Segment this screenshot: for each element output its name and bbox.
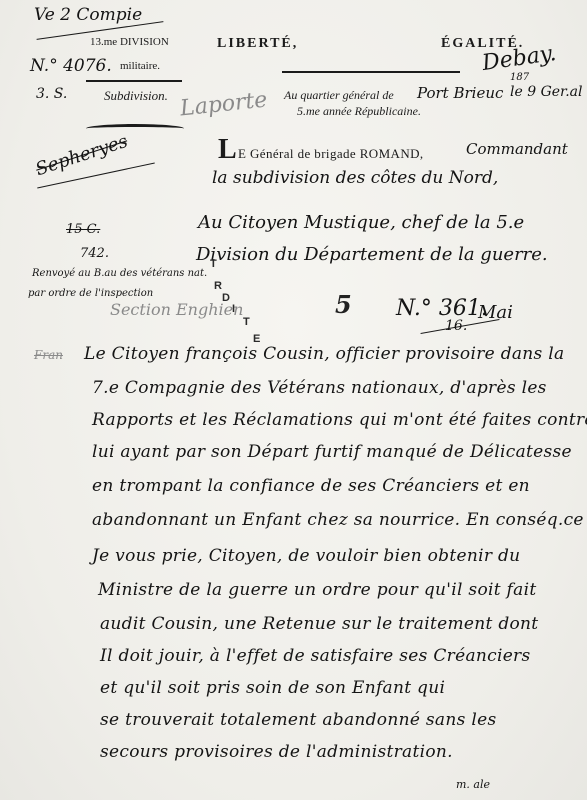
body-line: secours provisoires de l'administration.: [100, 742, 453, 762]
subdivision-label: Subdivision.: [104, 88, 168, 104]
hq-date: le 9 Ger.al: [510, 84, 582, 100]
body-line: en trompant la confiance de ses Créancie…: [92, 476, 530, 496]
body-line: audit Cousin, une Retenue sur le traitem…: [100, 614, 538, 634]
body-line: Le Citoyen françois Cousin, officier pro…: [84, 344, 564, 364]
address-line-1: Au Citoyen Mustique, chef de la 5.e: [198, 212, 524, 233]
hq-place: Port Brieuc: [417, 84, 503, 102]
renvoi-line-1: Renvoyé au B.au des vétérans nat.: [32, 268, 207, 279]
registry-month: Mai: [478, 302, 513, 323]
address-line-2: Division du Département de la guerre.: [196, 244, 548, 265]
author-command: la subdivision des côtes du Nord,: [212, 168, 498, 188]
margin-note-3s: 3. S.: [36, 86, 67, 102]
stamp-letter: T: [243, 316, 250, 328]
body-line: et qu'il soit pris soin de son Enfant qu…: [100, 678, 445, 698]
registry-sub: 16.: [445, 318, 467, 334]
stamp-letter: D: [222, 292, 230, 304]
body-line: se trouverait totalement abandonné sans …: [100, 710, 496, 730]
ornament-divider: [86, 124, 184, 133]
stamp-letter: I: [232, 303, 235, 315]
body-line: Je vous prie, Citoyen, de vouloir bien o…: [92, 546, 520, 566]
division-label: 13.me DIVISION: [90, 36, 169, 48]
motto-liberte: LIBERTÉ,: [217, 36, 298, 52]
body-line: abandonnant un Enfant chez sa nourrice. …: [92, 510, 584, 530]
letter-page: Ve 2 Compie N.° 4076. 3. S. 13.me DIVISI…: [0, 0, 587, 800]
registry-number: N.° 361.: [396, 296, 488, 321]
body-line: Ministre de la guerre un ordre pour qu'i…: [98, 580, 536, 600]
stamp-letter: R: [214, 280, 222, 292]
margin-note-15c: 15 C.: [66, 222, 100, 237]
body-line: Il doit jouir, à l'effet de satisfaire s…: [100, 646, 531, 666]
letterhead-rule-center: [282, 71, 460, 73]
margin-note-compagnie: Ve 2 Compie: [34, 5, 142, 25]
author-line: E Général de brigade ROMAND,: [238, 146, 424, 162]
body-line: 7.e Compagnie des Vétérans nationaux, d'…: [92, 378, 547, 398]
margin-note-742: 742.: [80, 246, 109, 261]
faint-signature: Laporte: [179, 87, 269, 121]
body-line: lui ayant par son Départ furtif manqué d…: [92, 442, 572, 462]
stamp-letter: T: [210, 258, 217, 270]
hq-prefix: Au quartier général de: [284, 88, 394, 103]
division-sub-label: militaire.: [120, 60, 160, 72]
author-title: Commandant: [466, 140, 568, 158]
signature-year: 187: [510, 72, 529, 83]
author-initial: L: [218, 136, 237, 164]
body-line: Rapports et les Réclamations qui m'ont é…: [92, 410, 587, 430]
big-5-mark: 5: [335, 290, 352, 319]
letterhead-rule-left: [86, 80, 182, 82]
renvoi-line-2: par ordre de l'inspection: [28, 288, 153, 299]
struck-name: Sepheryes: [33, 131, 130, 180]
margin-fran: Fran: [34, 348, 63, 362]
year-line: 5.me année Républicaine.: [297, 104, 421, 119]
margin-note-number: N.° 4076.: [30, 56, 112, 76]
bottom-note: m. ale: [456, 778, 490, 791]
